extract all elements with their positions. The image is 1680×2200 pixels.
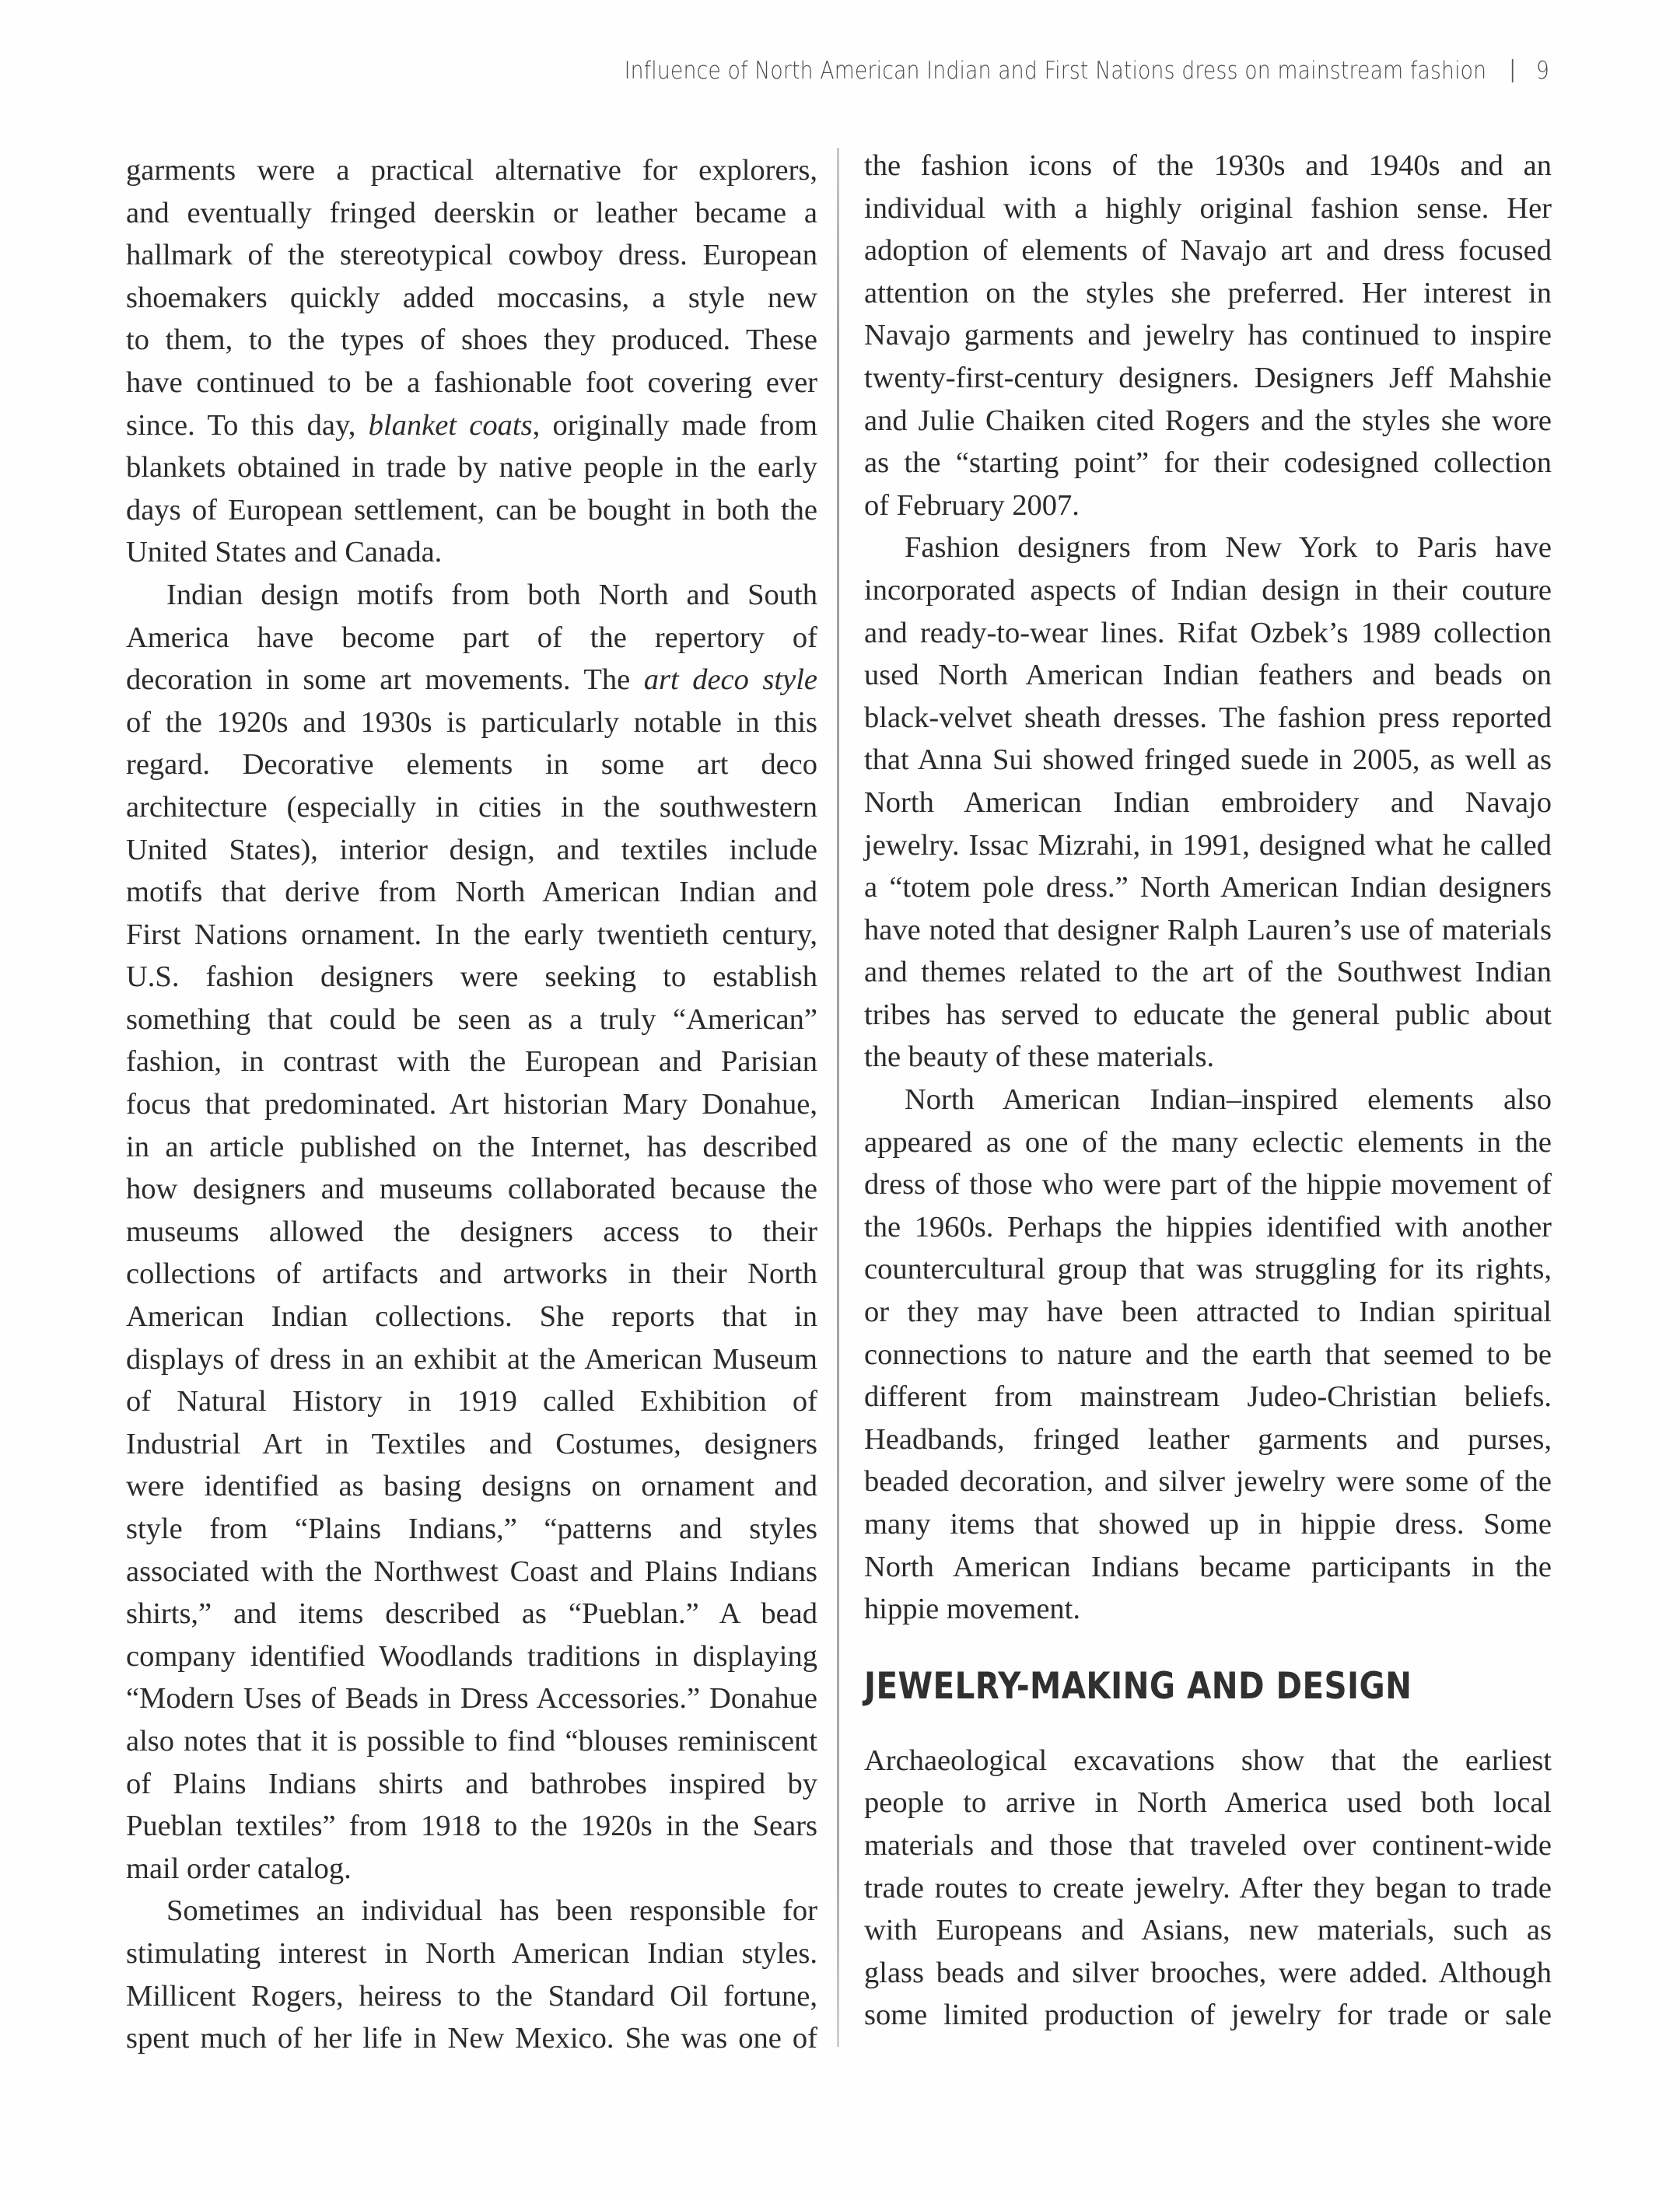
text-line: architecture (especially in cities in th… [126,786,817,829]
text-line: the 1960s. Perhaps the hippies identifie… [864,1206,1552,1249]
text-line: of February 2007. [864,484,1552,527]
right-column: the fashion icons of the 1930s and 1940s… [864,145,1552,2037]
book-page: Influence of North American Indian and F… [0,0,1680,2200]
text-line: of the 1920s and 1930s is particularly n… [126,701,817,744]
paragraph: North American Indian–inspired elements … [864,1079,1552,1631]
text-line: fashion, in contrast with the European a… [126,1041,817,1083]
text-line: different from mainstream Judeo-Christia… [864,1376,1552,1418]
text-line: Headbands, fringed leather garments and … [864,1418,1552,1461]
text-line: a “totem pole dress.” North American Ind… [864,866,1552,909]
text-line: museums allowed the designers access to … [126,1211,817,1254]
section-heading: JEWELRY-MAKING AND DESIGN [864,1663,1455,1710]
text-line: stimulating interest in North American I… [126,1932,817,1975]
right-column-body: the fashion icons of the 1930s and 1940s… [864,145,1552,1631]
text-line: Archaeological excavations show that the… [864,1740,1552,1782]
text-line: have noted that designer Ralph Lauren’s … [864,909,1552,952]
text-line: of Natural History in 1919 called Exhibi… [126,1380,817,1423]
text-line: with Europeans and Asians, new materials… [864,1909,1552,1952]
text-line: trade routes to create jewelry. After th… [864,1867,1552,1910]
text-line: twenty-first-century designers. Designer… [864,357,1552,400]
running-header-title: Influence of North American Indian and F… [625,57,1487,85]
text-line: that Anna Sui showed fringed suede in 20… [864,739,1552,782]
text-line: collections of artifacts and artworks in… [126,1253,817,1296]
text-line: since. To this day, blanket coats, origi… [126,404,817,447]
emphasis-term: blanket coats [369,409,533,442]
text-line: the beauty of these materials. [864,1036,1552,1079]
text-line: American Indian collections. She reports… [126,1296,817,1338]
text-line: First Nations ornament. In the early twe… [126,914,817,957]
text-line: tribes has served to educate the general… [864,994,1552,1037]
text-line: some limited production of jewelry for t… [864,1994,1552,2037]
text-line: spent much of her life in New Mexico. Sh… [126,2017,817,2060]
text-line: glass beads and silver brooches, were ad… [864,1952,1552,1995]
text-line: beaded decoration, and silver jewelry we… [864,1460,1552,1503]
text-line: and ready-to-wear lines. Rifat Ozbek’s 1… [864,612,1552,655]
text-line: the fashion icons of the 1930s and 1940s… [864,145,1552,187]
column-divider [837,148,839,2047]
paragraph: Fashion designers from New York to Paris… [864,526,1552,1079]
text-line: to them, to the types of shoes they prod… [126,319,817,362]
section-body: Archaeological excavations show that the… [864,1740,1552,2037]
text-line: incorporated aspects of Indian design in… [864,569,1552,612]
text-line: how designers and museums collaborated b… [126,1168,817,1211]
text-line: United States), interior design, and tex… [126,829,817,872]
text-line: Indian design motifs from both North and… [126,574,817,617]
text-line: decoration in some art movements. The ar… [126,659,817,701]
text-line: North American Indian–inspired elements … [864,1079,1552,1121]
text-line: mail order catalog. [126,1848,817,1890]
emphasis-term: art deco style [644,663,817,696]
paragraph: Archaeological excavations show that the… [864,1740,1552,2037]
text-line: materials and those that traveled over c… [864,1824,1552,1867]
text-line: motifs that derive from North American I… [126,871,817,914]
left-column: garments were a practical alternative fo… [126,149,817,2060]
text-line: individual with a highly original fashio… [864,187,1552,230]
text-line: style from “Plains Indians,” “patterns a… [126,1508,817,1551]
paragraph: Indian design motifs from both North and… [126,574,817,1890]
text-line: America have become part of the repertor… [126,617,817,659]
text-line: countercultural group that was strugglin… [864,1248,1552,1291]
text-line: North American Indians became participan… [864,1546,1552,1589]
text-line: Industrial Art in Textiles and Costumes,… [126,1423,817,1466]
text-line: displays of dress in an exhibit at the A… [126,1338,817,1381]
text-line: garments were a practical alternative fo… [126,149,817,192]
text-line: U.S. fashion designers were seeking to e… [126,956,817,999]
text-line: black-velvet sheath dresses. The fashion… [864,697,1552,740]
text-line: of Plains Indians shirts and bathrobes i… [126,1763,817,1806]
text-line: Pueblan textiles” from 1918 to the 1920s… [126,1805,817,1848]
text-line: Navajo garments and jewelry has continue… [864,314,1552,357]
text-line: regard. Decorative elements in some art … [126,743,817,786]
text-line: Sometimes an individual has been respons… [126,1890,817,1932]
page-number: 9 [1536,57,1549,85]
text-line: adoption of elements of Navajo art and d… [864,229,1552,272]
text-line: attention on the styles she preferred. H… [864,272,1552,315]
text-line: shirts,” and items described as “Pueblan… [126,1593,817,1635]
text-line: connections to nature and the earth that… [864,1334,1552,1376]
text-line: and Julie Chaiken cited Rogers and the s… [864,400,1552,442]
text-line: jewelry. Issac Mizrahi, in 1991, designe… [864,824,1552,867]
header-separator [1512,59,1514,82]
text-line: focus that predominated. Art historian M… [126,1083,817,1126]
paragraph: the fashion icons of the 1930s and 1940s… [864,145,1552,526]
text-line: United States and Canada. [126,531,817,574]
text-line: hippie movement. [864,1588,1552,1631]
text-line: Fashion designers from New York to Paris… [864,526,1552,569]
text-line: used North American Indian feathers and … [864,654,1552,697]
text-line: associated with the Northwest Coast and … [126,1551,817,1593]
text-line: company identified Woodlands traditions … [126,1635,817,1678]
text-line: and themes related to the art of the Sou… [864,951,1552,994]
text-line: or they may have been attracted to India… [864,1291,1552,1334]
running-header: Influence of North American Indian and F… [625,51,1549,90]
text-line: have continued to be a fashionable foot … [126,362,817,404]
text-line: many items that showed up in hippie dres… [864,1503,1552,1546]
text-line: in an article published on the Internet,… [126,1126,817,1169]
text-line: as the “starting point” for their codesi… [864,442,1552,484]
paragraph: garments were a practical alternative fo… [126,149,817,574]
text-line: blankets obtained in trade by native peo… [126,446,817,489]
text-line: and eventually fringed deerskin or leath… [126,192,817,235]
text-line: days of European settlement, can be boug… [126,489,817,532]
text-line: “Modern Uses of Beads in Dress Accessori… [126,1677,817,1720]
text-line: appeared as one of the many eclectic ele… [864,1121,1552,1164]
text-line: were identified as basing designs on orn… [126,1465,817,1508]
text-line: also notes that it is possible to find “… [126,1720,817,1763]
text-line: Millicent Rogers, heiress to the Standar… [126,1975,817,2018]
text-line: people to arrive in North America used b… [864,1782,1552,1824]
text-line: something that could be seen as a truly … [126,999,817,1041]
text-line: North American Indian embroidery and Nav… [864,782,1552,824]
text-line: dress of those who were part of the hipp… [864,1163,1552,1206]
text-line: hallmark of the stereotypical cowboy dre… [126,234,817,277]
paragraph: Sometimes an individual has been respons… [126,1890,817,2059]
text-line: shoemakers quickly added moccasins, a st… [126,277,817,320]
